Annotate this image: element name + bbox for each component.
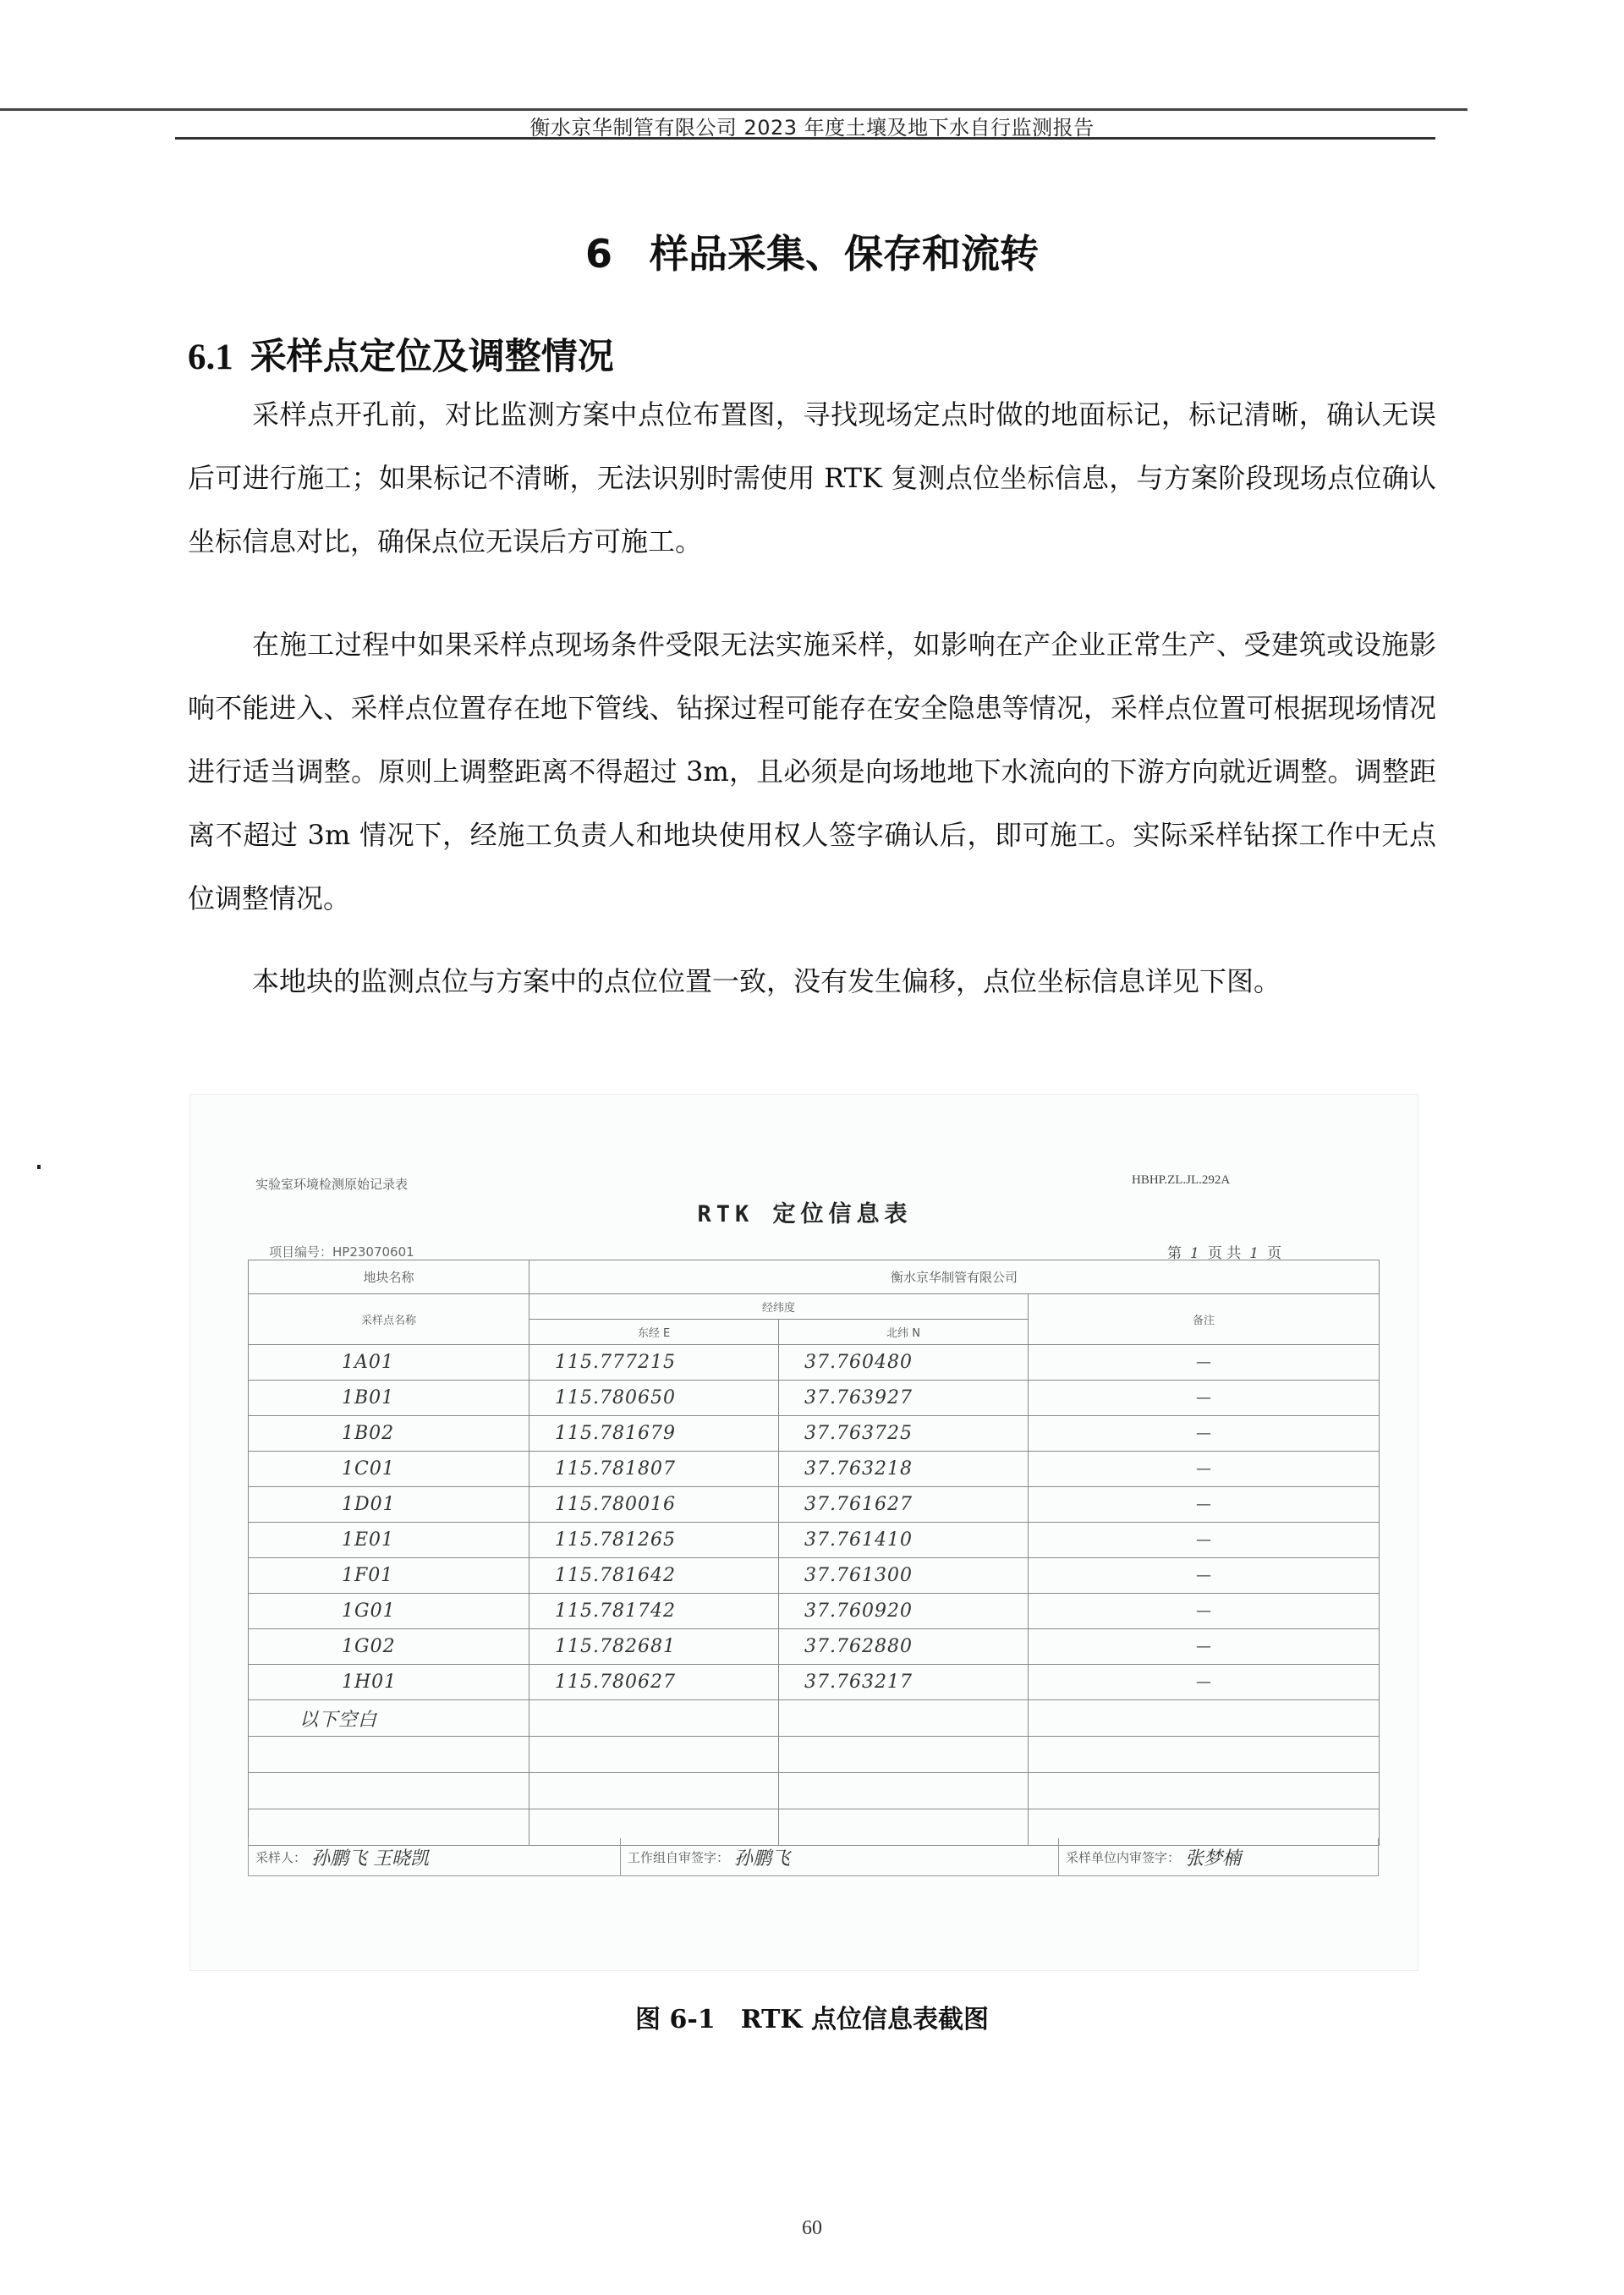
form-code: HBHP.ZL.JL.292A — [1132, 1173, 1230, 1188]
point-name: 1F01 — [249, 1558, 529, 1594]
section-number: 6.1 — [188, 338, 233, 377]
coords-header: 经纬度 — [529, 1294, 1029, 1320]
north-value: 37.763217 — [779, 1665, 1029, 1700]
remark-value: — — [1029, 1345, 1380, 1381]
signature-row: 采样人：孙鹏飞 王晓凯 工作组自审签字：孙鹏飞 采样单位内审签字：张梦楠 — [248, 1838, 1379, 1876]
rtk-table: 地块名称 衡水京华制管有限公司 采样点名称 经纬度 备注 东经 E 北纬 N 1… — [248, 1260, 1380, 1846]
east-value: 115.777215 — [529, 1345, 779, 1381]
table-row: 1B01115.78065037.763927— — [249, 1381, 1380, 1416]
east-value: 115.782681 — [529, 1629, 779, 1665]
north-value: 37.762880 — [779, 1629, 1029, 1665]
point-name — [249, 1773, 529, 1809]
point-name: 1E01 — [249, 1523, 529, 1558]
east-value: 115.780650 — [529, 1381, 779, 1416]
north-value: 37.761627 — [779, 1487, 1029, 1523]
east-value: 115.781642 — [529, 1558, 779, 1594]
unit-review-value: 张梦楠 — [1185, 1844, 1241, 1870]
figure-caption-text: RTK 点位信息表截图 — [741, 2005, 989, 2034]
section-title-text: 采样点定位及调整情况 — [250, 336, 614, 378]
table-row: 1G01115.78174237.760920— — [249, 1594, 1380, 1629]
east-value: 115.781807 — [529, 1452, 779, 1487]
east-value: 115.781265 — [529, 1523, 779, 1558]
page-number: 60 — [0, 2217, 1624, 2240]
sampler-signature: 采样人：孙鹏飞 王晓凯 — [249, 1838, 621, 1875]
remark-value: — — [1029, 1594, 1380, 1629]
north-value: 37.763218 — [779, 1452, 1029, 1487]
header-row-1: 采样点名称 经纬度 备注 — [249, 1294, 1380, 1320]
table-row: 1H01115.78062737.763217— — [249, 1665, 1380, 1700]
unit-review-signature: 采样单位内审签字：张梦楠 — [1059, 1838, 1378, 1875]
north-value — [779, 1773, 1029, 1809]
east-value — [529, 1737, 779, 1773]
point-name: 1B02 — [249, 1416, 529, 1452]
north-value — [779, 1700, 1029, 1737]
site-name-row: 地块名称 衡水京华制管有限公司 — [249, 1260, 1380, 1294]
remark-value: — — [1029, 1452, 1380, 1487]
paragraph-3: 本地块的监测点位与方案中的点位位置一致，没有发生偏移，点位坐标信息详见下图。 — [188, 950, 1436, 1013]
unit-review-label: 采样单位内审签字： — [1066, 1848, 1180, 1866]
chapter-title: 6样品采集、保存和流转 — [0, 223, 1624, 279]
remark-value: — — [1029, 1665, 1380, 1700]
east-value — [529, 1700, 779, 1737]
north-value: 37.763725 — [779, 1416, 1029, 1452]
sampler-label: 采样人： — [255, 1848, 306, 1866]
table-row — [249, 1773, 1380, 1809]
point-name: 1G02 — [249, 1629, 529, 1665]
section-title: 6.1采样点定位及调整情况 — [188, 328, 614, 380]
remark-value: — — [1029, 1487, 1380, 1523]
figure-caption: 图 6-1RTK 点位信息表截图 — [0, 1998, 1624, 2035]
chapter-title-text: 样品采集、保存和流转 — [650, 231, 1039, 277]
chapter-number: 6 — [585, 231, 612, 277]
site-name-value: 衡水京华制管有限公司 — [529, 1260, 1380, 1294]
north-header: 北纬 N — [779, 1320, 1029, 1345]
table-row: 1D01115.78001637.761627— — [249, 1487, 1380, 1523]
east-value — [529, 1773, 779, 1809]
north-value — [779, 1737, 1029, 1773]
table-row: 1E01115.78126537.761410— — [249, 1523, 1380, 1558]
remark-value: — — [1029, 1381, 1380, 1416]
remark-value: — — [1029, 1416, 1380, 1452]
form-label: 实验室环境检测原始记录表 — [255, 1175, 408, 1193]
rtk-form-figure: 实验室环境检测原始记录表 HBHP.ZL.JL.292A RTK 定位信息表 项… — [189, 1094, 1418, 1971]
north-value: 37.760920 — [779, 1594, 1029, 1629]
sampler-value: 孙鹏飞 王晓凯 — [311, 1844, 429, 1870]
point-name-header: 采样点名称 — [249, 1294, 529, 1345]
point-name: 1H01 — [249, 1665, 529, 1700]
table-row: 1F01115.78164237.761300— — [249, 1558, 1380, 1594]
remark-value — [1029, 1773, 1380, 1809]
point-name: 1G01 — [249, 1594, 529, 1629]
table-row: 1A01115.77721537.760480— — [249, 1345, 1380, 1381]
east-value: 115.781679 — [529, 1416, 779, 1452]
north-value: 37.760480 — [779, 1345, 1029, 1381]
remark-value — [1029, 1700, 1380, 1737]
north-value: 37.763927 — [779, 1381, 1029, 1416]
east-header: 东经 E — [529, 1320, 779, 1345]
point-name: 1D01 — [249, 1487, 529, 1523]
remark-value: — — [1029, 1629, 1380, 1665]
team-review-value: 孙鹏飞 — [734, 1844, 790, 1870]
point-name: 1A01 — [249, 1345, 529, 1381]
remark-value: — — [1029, 1523, 1380, 1558]
east-value: 115.780627 — [529, 1665, 779, 1700]
paragraph-2: 在施工过程中如果采样点现场条件受限无法实施采样，如影响在产企业正常生产、受建筑或… — [188, 613, 1436, 931]
remark-value: — — [1029, 1558, 1380, 1594]
east-value: 115.781742 — [529, 1594, 779, 1629]
form-title: RTK 定位信息表 — [190, 1195, 1419, 1228]
header-rule-bottom — [175, 137, 1435, 140]
team-review-signature: 工作组自审签字：孙鹏飞 — [621, 1838, 1059, 1875]
east-value: 115.780016 — [529, 1487, 779, 1523]
site-name-label: 地块名称 — [249, 1260, 529, 1294]
point-name: 1B01 — [249, 1381, 529, 1416]
table-row: 1C01115.78180737.763218— — [249, 1452, 1380, 1487]
north-value: 37.761300 — [779, 1558, 1029, 1594]
scan-artifact-dot — [37, 1165, 41, 1169]
remark-value — [1029, 1737, 1380, 1773]
table-row — [249, 1737, 1380, 1773]
point-name — [249, 1737, 529, 1773]
blank-below-note: 以下空白 — [249, 1700, 529, 1737]
table-row: 以下空白 — [249, 1700, 1380, 1737]
north-value: 37.761410 — [779, 1523, 1029, 1558]
paragraph-1: 采样点开孔前，对比监测方案中点位布置图，寻找现场定点时做的地面标记，标记清晰，确… — [188, 383, 1436, 574]
project-number: 项目编号：HP23070601 — [269, 1243, 414, 1260]
running-header: 衡水京华制管有限公司 2023 年度土壤及地下水自行监测报告 — [0, 111, 1624, 140]
remark-header: 备注 — [1029, 1294, 1380, 1345]
figure-number: 图 6-1 — [635, 2005, 716, 2034]
team-review-label: 工作组自审签字： — [628, 1848, 729, 1866]
table-row: 1B02115.78167937.763725— — [249, 1416, 1380, 1452]
point-name: 1C01 — [249, 1452, 529, 1487]
table-row: 1G02115.78268137.762880— — [249, 1629, 1380, 1665]
